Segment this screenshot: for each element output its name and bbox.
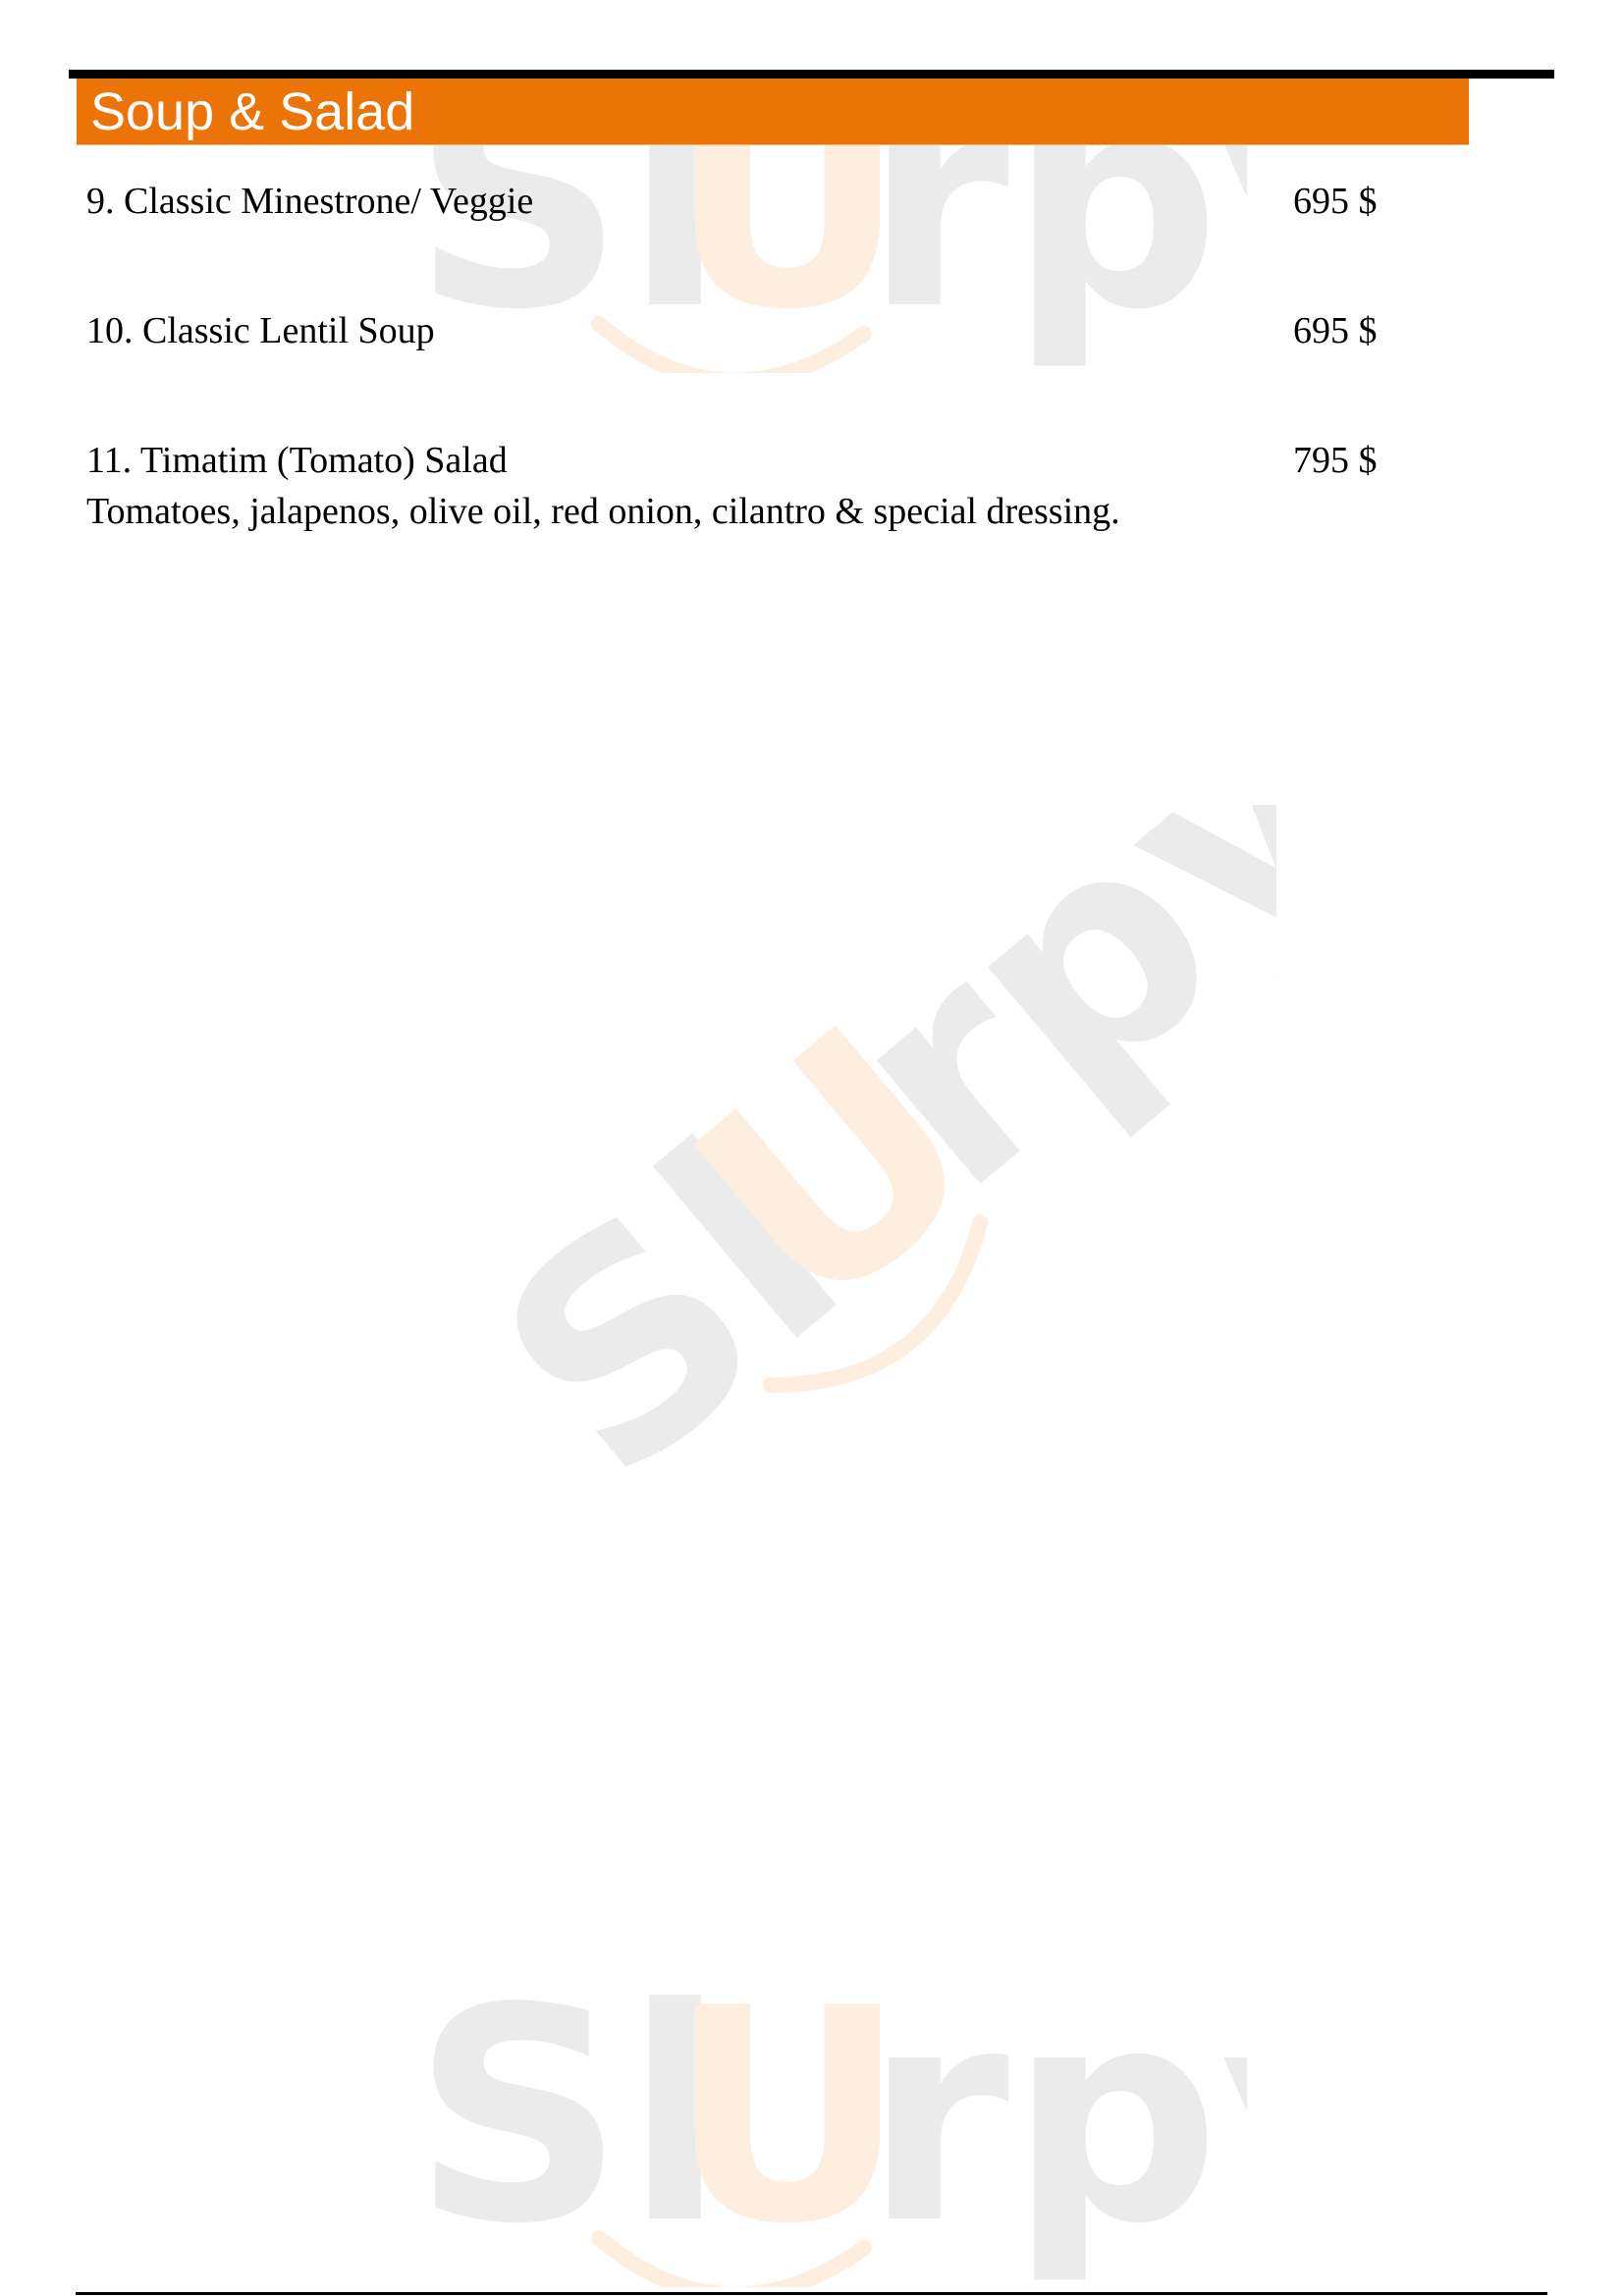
menu-item-name: 11. Timatim (Tomato) Salad: [86, 439, 508, 482]
svg-text:rpy: rpy: [864, 1953, 1247, 2287]
section-title: Soup & Salad: [90, 80, 414, 143]
svg-text:U: U: [635, 963, 1039, 1379]
top-divider: [69, 70, 1554, 79]
menu-item-price: 695 $: [1293, 180, 1378, 223]
bottom-divider: [76, 2292, 1547, 2295]
menu-item-description: Tomatoes, jalapenos, olive oil, red onio…: [86, 490, 1120, 533]
menu-item-name: 10. Classic Lentil Soup: [86, 309, 435, 352]
svg-text:Sl: Sl: [412, 1953, 726, 2287]
svg-text:U: U: [668, 1953, 907, 2287]
menu-item-price: 795 $: [1293, 439, 1378, 482]
svg-text:Sl: Sl: [440, 1080, 900, 1492]
menu-item-name: 9. Classic Minestrone/ Veggie: [86, 180, 533, 223]
section-header: Soup & Salad: [77, 79, 1469, 145]
watermark-logo-middle: Sl U rpy: [432, 805, 1276, 1492]
watermark-logo-bottom: Sl U rpy: [403, 1953, 1247, 2287]
menu-item-price: 695 $: [1293, 309, 1378, 352]
svg-text:rpy: rpy: [785, 805, 1276, 1254]
